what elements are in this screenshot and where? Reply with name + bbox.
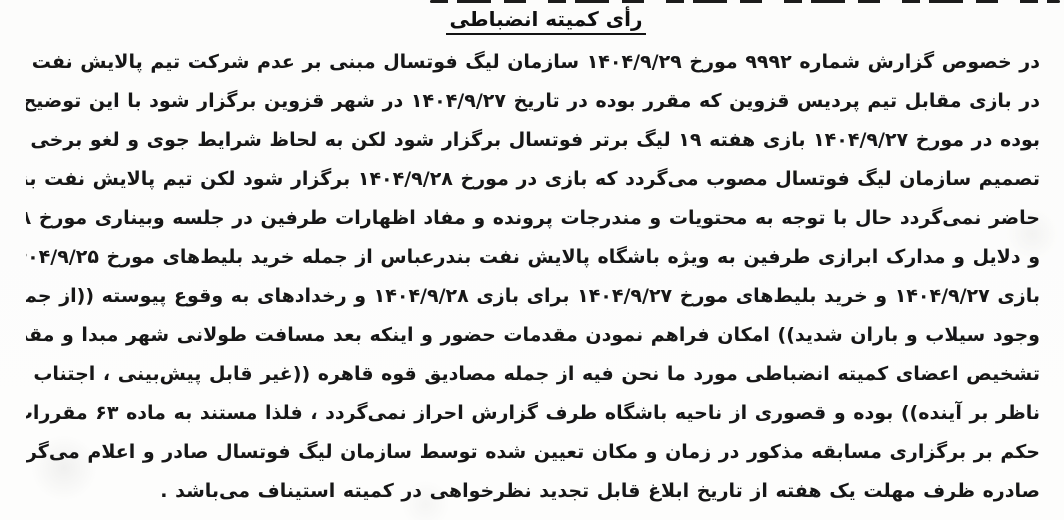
paragraph-line: در خصوص گزارش شماره ۹۹۹۲ مورخ ۱۴۰۴/۹/۲۹ … xyxy=(26,43,1040,82)
paragraph-line: حکم بر برگزاری مسابقه مذکور در زمان و مک… xyxy=(26,433,1040,472)
paragraph-line-last: صادره ظرف مهلت یک هفته از تاریخ ابلاغ قا… xyxy=(26,472,1040,511)
scanned-document-page: رأی کمیته انضباطی در خصوص گزارش شماره ۹۹… xyxy=(0,0,1064,520)
paragraph-line: تصمیم سازمان لیگ فوتسال مصوب می‌گردد که … xyxy=(26,160,1040,199)
paragraph-line: ناظر بر آینده)) بوده و قصوری از ناحیه با… xyxy=(26,394,1040,433)
paragraph-line: بازی ۱۴۰۴/۹/۲۷ و خرید بلیط‌های مورخ ۱۴۰۴… xyxy=(26,277,1040,316)
paragraph-line: حاضر نمی‌گردد حال با توجه به محتویات و م… xyxy=(26,199,1040,238)
paragraph-line: بوده در مورخ ۱۴۰۴/۹/۲۷ بازی هفته ۱۹ لیگ … xyxy=(26,121,1040,160)
ruling-paragraph: در خصوص گزارش شماره ۹۹۹۲ مورخ ۱۴۰۴/۹/۲۹ … xyxy=(26,43,1040,511)
paragraph-line: و دلایل و مدارک ابرازی طرفین به ویژه باش… xyxy=(26,238,1040,277)
paragraph-line: وجود سیلاب و باران شدید)) امکان فراهم نم… xyxy=(26,316,1040,355)
paragraph-line: در بازی مقابل تیم پردیس قزوین که مقرر بو… xyxy=(26,82,1040,121)
document-title: رأی کمیته انضباطی xyxy=(446,7,647,35)
cut-off-text-fragment xyxy=(430,0,1060,4)
cut-off-glyph-bottoms xyxy=(430,0,1060,3)
paragraph-line: تشخیص اعضای کمیته انضباطی مورد ما نحن فی… xyxy=(26,355,1040,394)
title-row: رأی کمیته انضباطی xyxy=(0,0,1064,35)
